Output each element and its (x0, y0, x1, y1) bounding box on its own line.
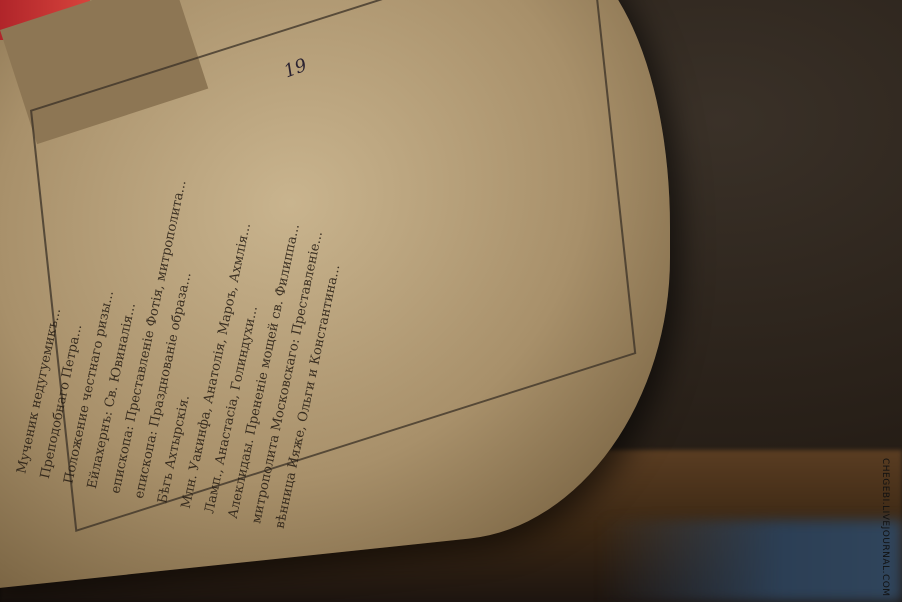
blurred-blue-object (600, 520, 902, 602)
watermark: CHEGEBI.LIVEJOURNAL.COM (880, 458, 890, 597)
